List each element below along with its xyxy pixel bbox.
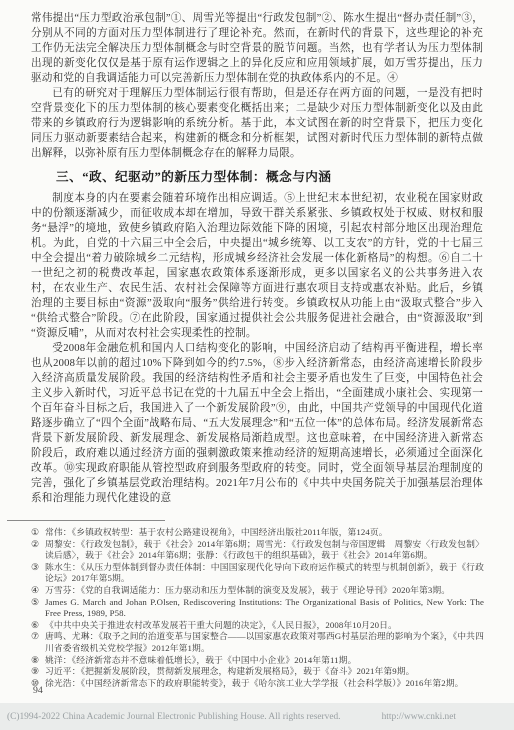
paragraph-3: 制度本身的内在要素会随着环境作出相应调适。⑤上世纪末本世纪初，农业税在国家财政中… <box>31 191 483 341</box>
paragraph-4: 受2008年金融危机和国内人口结构变化的影响，中国经济启动了结构再平衡进程，增长… <box>31 341 483 506</box>
section-heading: 三、“政、纪驱动”的新压力型体制：概念与内涵 <box>31 168 483 186</box>
footnote-text: 徐光浩：《中国经济新常态下的政府职能转变》，载于《哈尔滨工业大学学报（社会科学版… <box>45 678 484 690</box>
footnote-marker: ⑧ <box>31 655 45 667</box>
footnote-text: 万雪芬：《党的自我调适能力：压力驱动和压力型体制的演变及发展》，载于《理论导刊》… <box>45 585 484 597</box>
footnote-item: ② 周黎安：《行政发包制》，载于《社会》2014年第6期；周雪光：《行政发包制与… <box>31 539 484 562</box>
footnote-text: 常伟：《乡镇政权转型：基于农村公路建设视角》，中国经济出版社2011年版，第12… <box>45 527 484 539</box>
footnote-text: James G. March and Johan P.Olsen, Redisc… <box>45 597 484 620</box>
footnote-text: 陈水生：《从压力型体制到督办责任体制：中国国家现代化导向下政府运作模式的转型与机… <box>45 562 484 585</box>
footnote-marker: ⑥ <box>31 620 45 632</box>
footnote-text: 唐鸣、尤琳：《取予之间的治道变革与国家整合——以国家惠农政策对鄂西G村基层治理的… <box>45 631 484 654</box>
journal-page: 常伟提出“压力型政治承包制”①、周雪光等提出“行政发包制”②、陈水生提出“督办责… <box>0 0 514 730</box>
footnote-text: 《中共中央关于推进农村改革发展若干重大问题的决定》，《人民日报》，2008年10… <box>45 620 484 632</box>
footnote-text: 周黎安：《行政发包制》，载于《社会》2014年第6期；周雪光：《行政发包制与帝国… <box>45 539 484 562</box>
footnote-item: ⑤ James G. March and Johan P.Olsen, Redi… <box>31 597 484 620</box>
footnote-marker: ⑤ <box>31 597 45 620</box>
footnote-item: ⑩ 徐光浩：《中国经济新常态下的政府职能转变》，载于《哈尔滨工业大学学报（社会科… <box>31 678 484 690</box>
footnote-marker: ④ <box>31 585 45 597</box>
footnote-item: ③ 陈水生：《从压力型体制到督办责任体制：中国国家现代化导向下政府运作模式的转型… <box>31 562 484 585</box>
footnote-text: 习近平：《把握新发展阶段，贯彻新发展理念，构建新发展格局》，载于《奋斗》2021… <box>45 666 484 678</box>
footnote-text: 姚洋：《经济新常态并不意味着低增长》，载于《中国中小企业》2014年第11期。 <box>45 655 484 667</box>
footnote-item: ④ 万雪芬：《党的自我调适能力：压力驱动和压力型体制的演变及发展》，载于《理论导… <box>31 585 484 597</box>
footnote-separator <box>7 520 165 521</box>
footnote-marker: ⑨ <box>31 666 45 678</box>
footnote-marker: ③ <box>31 562 45 585</box>
footnote-item: ⑦ 唐鸣、尤琳：《取予之间的治道变革与国家整合——以国家惠农政策对鄂西G村基层治… <box>31 631 484 654</box>
footnote-marker: ⑦ <box>31 631 45 654</box>
footnote-item: ⑨ 习近平：《把握新发展阶段，贯彻新发展理念，构建新发展格局》，载于《奋斗》20… <box>31 666 484 678</box>
footnote-marker: ② <box>31 539 45 562</box>
footnotes-list: ① 常伟：《乡镇政权转型：基于农村公路建设视角》，中国经济出版社2011年版，第… <box>0 527 514 689</box>
footnote-item: ① 常伟：《乡镇政权转型：基于农村公路建设视角》，中国经济出版社2011年版，第… <box>31 527 484 539</box>
article-body: 常伟提出“压力型政治承包制”①、周雪光等提出“行政发包制”②、陈水生提出“督办责… <box>0 0 514 506</box>
footnote-item: ⑥ 《中共中央关于推进农村改革发展若干重大问题的决定》，《人民日报》，2008年… <box>31 620 484 632</box>
paragraph-2: 已有的研究对于理解压力型体制运行很有帮助，但是还存在两方面的问题，一是没有把时空… <box>31 86 483 161</box>
paragraph-continuation: 常伟提出“压力型政治承包制”①、周雪光等提出“行政发包制”②、陈水生提出“督办责… <box>31 11 483 86</box>
footer-bar: (C)1994-2022 China Academic Journal Elec… <box>0 703 514 730</box>
page-number: 94 <box>33 685 43 696</box>
footnote-marker: ① <box>31 527 45 539</box>
cnki-url: http://www.cnki.net <box>382 712 456 722</box>
copyright-text: (C)1994-2022 China Academic Journal Elec… <box>7 712 341 722</box>
footnote-item: ⑧ 姚洋：《经济新常态并不意味着低增长》，载于《中国中小企业》2014年第11期… <box>31 655 484 667</box>
